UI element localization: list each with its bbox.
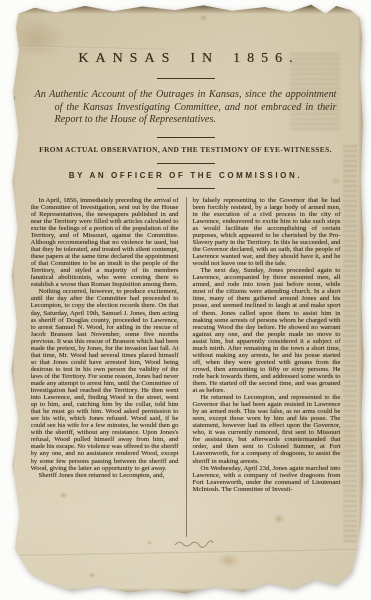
two-column-body: In April, 1856, immediately preceding th… bbox=[31, 197, 341, 537]
paragraph: by falsely representing to the Governor … bbox=[193, 197, 341, 267]
pamphlet-page: KANSAS IN 1856. An Authentic Account of … bbox=[6, 3, 365, 596]
divider-rule bbox=[157, 188, 215, 189]
observation-line: FROM ACTUAL OBSERVATION, AND THE TESTIMO… bbox=[6, 145, 365, 154]
column-divider-rule bbox=[186, 197, 187, 537]
page-content: KANSAS IN 1856. An Authentic Account of … bbox=[6, 3, 365, 596]
paragraph: On Wednesday, April 23d, Jones again mar… bbox=[193, 465, 341, 493]
paragraph: In April, 1856, immediately preceding th… bbox=[31, 197, 179, 289]
paragraph: He returned to Lecompton, and represente… bbox=[193, 394, 341, 464]
paragraph: The next day, Sunday, Jones proceeded ag… bbox=[193, 267, 341, 394]
byline: BY AN OFFICER OF THE COMMISSION. bbox=[6, 171, 365, 180]
scanned-pamphlet: KANSAS IN 1856. An Authentic Account of … bbox=[6, 3, 365, 596]
subtitle: An Authentic Account of the Outrages in … bbox=[35, 89, 337, 127]
page-title: KANSAS IN 1856. bbox=[6, 51, 365, 67]
paragraph: Nothing occurred, however, to produce ex… bbox=[31, 288, 179, 471]
left-column: In April, 1856, immediately preceding th… bbox=[31, 197, 179, 537]
paragraph: Sheriff Jones then returned to Lecompton… bbox=[31, 472, 179, 479]
pen-squiggle-mark bbox=[174, 537, 214, 551]
divider-rule bbox=[157, 78, 215, 79]
right-column: by falsely representing to the Governor … bbox=[193, 197, 341, 537]
divider-rule bbox=[157, 163, 215, 164]
divider-rule bbox=[157, 137, 215, 138]
